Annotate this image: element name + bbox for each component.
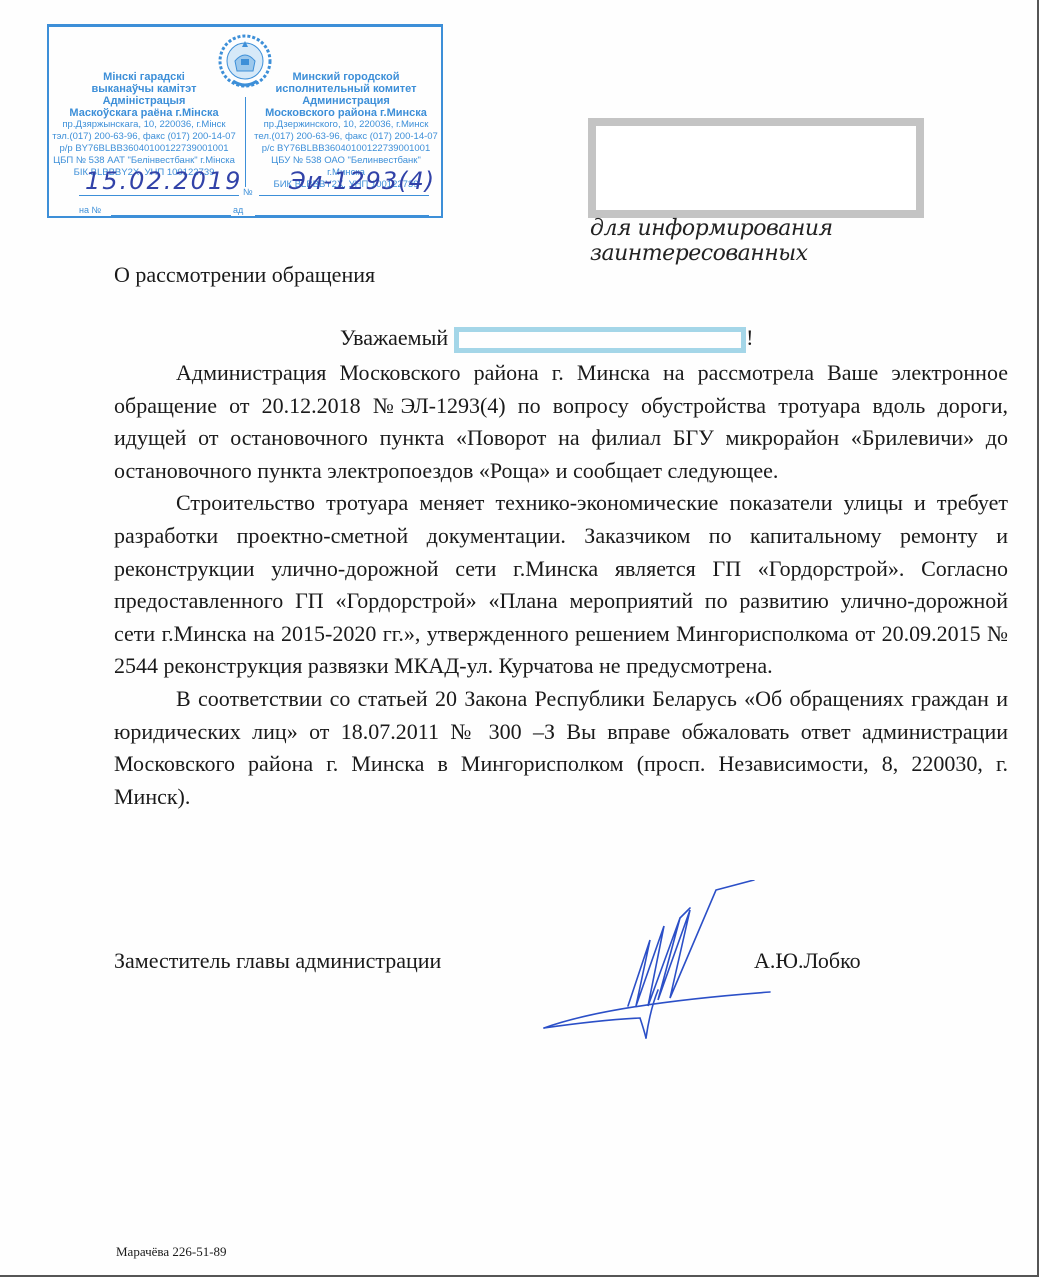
letter-body: Администрация Московского района г. Минс…	[114, 357, 1008, 813]
stamp-line: исполнительный комитет	[251, 83, 441, 95]
stamp-ref-label: на №	[79, 205, 101, 215]
stamp-ref-from-underline	[255, 215, 429, 216]
executor-contact: Марачёва 226-51-89	[116, 1244, 227, 1260]
stamp-line: Мінскі гарадскі	[49, 71, 239, 83]
paragraph: Строительство тротуара меняет технико-эк…	[114, 487, 1008, 683]
signatory-name: А.Ю.Лобко	[754, 948, 861, 974]
stamp-number-underline	[259, 195, 429, 196]
stamp-line: Маскоўскага раёна г.Мінска	[49, 107, 239, 119]
stamp-divider	[245, 97, 246, 187]
registration-stamp: Мінскі гарадскі выканаўчы камітэт Адміні…	[47, 24, 443, 218]
salutation-suffix: !	[746, 325, 753, 350]
stamp-date-handwritten: 15.02.2019	[85, 167, 242, 195]
stamp-line: тел.(017) 200-63-96, факс (017) 200-14-0…	[251, 131, 441, 143]
stamp-ref-from-label: ад	[233, 205, 243, 215]
salutation-prefix: Уважаемый	[340, 325, 448, 350]
stamp-line: выканаўчы камітэт	[49, 83, 239, 95]
stamp-line: Московского района г.Минска	[251, 107, 441, 119]
stamp-line: Администрация	[251, 95, 441, 107]
stamp-line: пр.Дзержинского, 10, 220036, г.Минск	[251, 119, 441, 131]
stamp-line: Минский городской	[251, 71, 441, 83]
stamp-line: р/р BY76BLBB36040100122739001001	[49, 143, 239, 155]
handwritten-signature-icon	[540, 880, 780, 1040]
redacted-name	[454, 327, 746, 353]
paragraph: В соответствии со статьей 20 Закона Респ…	[114, 683, 1008, 813]
paragraph: Администрация Московского района г. Минс…	[114, 357, 1008, 487]
stamp-ref-underline	[111, 215, 231, 216]
stamp-text-belarusian: Мінскі гарадскі выканаўчы камітэт Адміні…	[49, 71, 239, 179]
redacted-recipient-block	[588, 118, 924, 218]
signatory-title: Заместитель главы администрации	[114, 948, 441, 974]
letter-page: Мінскі гарадскі выканаўчы камітэт Адміні…	[0, 0, 1039, 1277]
stamp-number-label: №	[243, 187, 253, 197]
stamp-line: Адміністрацыя	[49, 95, 239, 107]
salutation: Уважаемый!	[340, 325, 754, 353]
stamp-line: р/с BY76BLBB36040100122739001001	[251, 143, 441, 155]
stamp-line: тэл.(017) 200-63-96, факс (017) 200-14-0…	[49, 131, 239, 143]
stamp-line: пр.Дзяржынскага, 10, 220036, г.Мінск	[49, 119, 239, 131]
stamp-date-underline	[79, 195, 239, 196]
stamp-line: ЦБП № 538 ААТ "Белінвестбанк" г.Мінска	[49, 155, 239, 167]
handwritten-note: для информирования заинтересованных	[590, 216, 1037, 266]
stamp-number-handwritten: Эи-1293(4)	[289, 167, 435, 195]
letter-subject: О рассмотрении обращения	[114, 262, 375, 288]
